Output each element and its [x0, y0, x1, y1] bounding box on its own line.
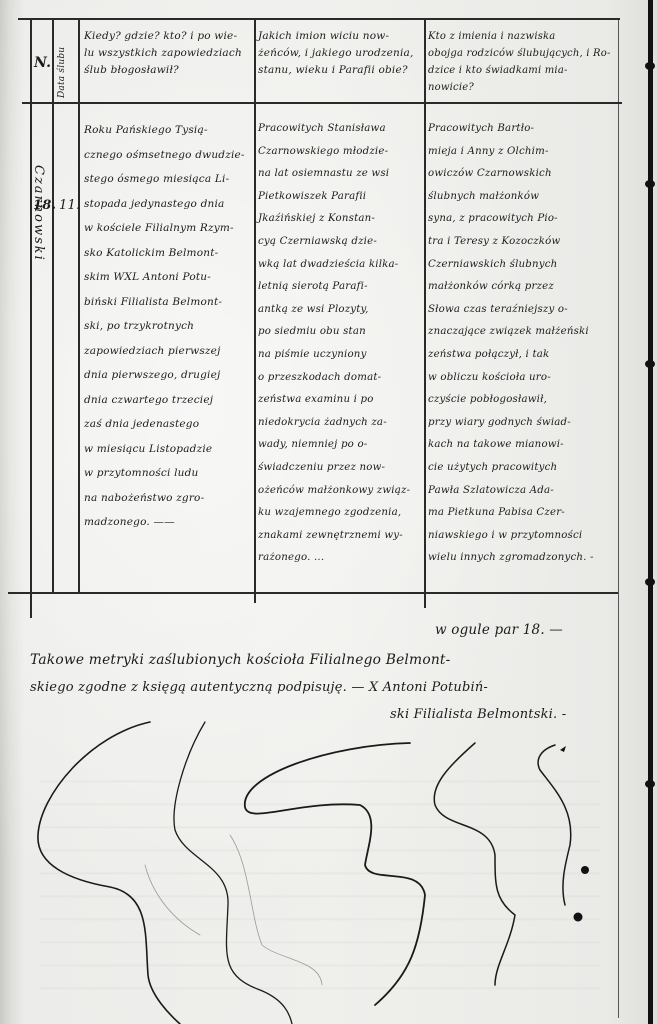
binding-knot — [645, 578, 655, 586]
footer-line-1: Takowe metryki zaślubionych kościoła Fil… — [30, 652, 451, 668]
column-divider-2 — [78, 18, 80, 593]
table-border-bottom — [8, 592, 618, 594]
footer-line-2: skiego zgodne z księgą autentyczną podpi… — [30, 680, 488, 695]
header-parents-witnesses: Kto z imienia i nazwiska obojga rodziców… — [428, 28, 618, 96]
table-border-left — [30, 18, 32, 618]
header-when-where: Kiedy? gdzie? kto? i po wie- lu wszystki… — [84, 28, 252, 79]
footer-total-pairs: w ogule par 18. — — [435, 622, 563, 638]
entry-parents-witnesses: Pracowitych Bartło- mieja i Anny z Olchi… — [428, 118, 620, 570]
header-date-rotated: Data ślubu — [58, 18, 76, 98]
column-divider-3 — [254, 18, 256, 603]
margin-surname-note: Czarnowski — [6, 165, 46, 335]
bleed-through-texture — [40, 760, 600, 1010]
binding-knot — [645, 360, 655, 368]
binding-knot — [645, 62, 655, 70]
header-number: N. — [34, 55, 51, 71]
binding-knot — [645, 180, 655, 188]
header-divider — [22, 102, 622, 104]
register-page: Czarnowski N. Data ślubu Kiedy? gdzie? k… — [0, 0, 657, 1024]
entry-when-where: Roku Pańskiego Tysią- cznego ośmsetnego … — [84, 118, 254, 535]
entry-groom-bride: Pracowitych Stanisława Czarnowskiego mło… — [258, 118, 424, 570]
header-groom-bride: Jakich imion wiciu now- żeńców, i jakieg… — [258, 28, 424, 79]
table-border-top — [18, 18, 620, 20]
entry-number: 18. — [33, 198, 56, 213]
entry-day: 11. — [59, 198, 80, 213]
column-divider-4 — [424, 18, 426, 608]
column-divider-1 — [52, 18, 54, 593]
